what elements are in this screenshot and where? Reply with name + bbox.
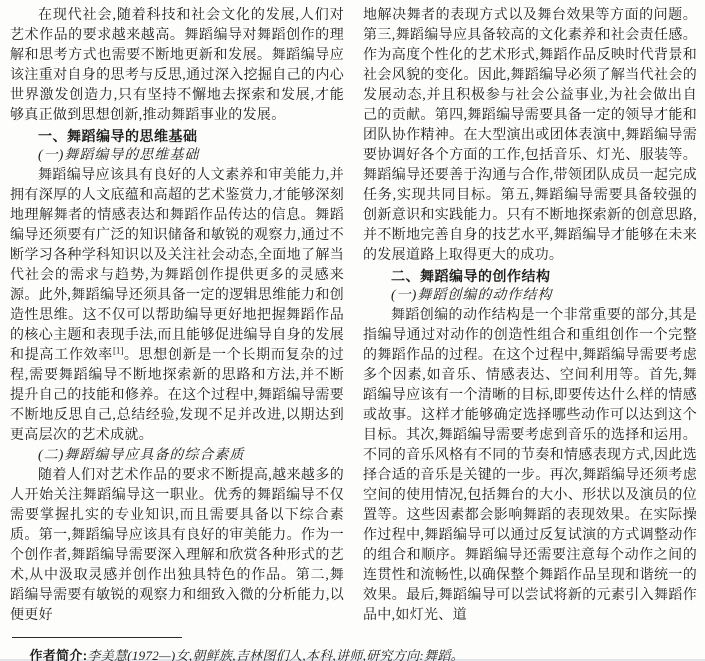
section-1-heading: 一、舞蹈编导的思维基础 xyxy=(10,126,344,146)
paper-page: 在现代社会,随着科技和社会文化的发展,人们对艺术作品的要求越来越高。舞蹈编导对舞… xyxy=(0,0,705,661)
section-2-1-paragraph: 舞蹈创编的动作结构是一个非常重要的部分,其是指编导通过对动作的创造性组合和重组创… xyxy=(363,306,697,626)
section-2-heading: 二、舞蹈编导的创作结构 xyxy=(363,266,697,286)
citation-ref-1: [1] xyxy=(113,345,124,355)
section-1-2-subheading: (二)舞蹈编导应具备的综合素质 xyxy=(10,446,344,466)
intro-paragraph: 在现代社会,随着科技和社会文化的发展,人们对艺术作品的要求越来越高。舞蹈编导对舞… xyxy=(10,6,344,126)
footnote-label: 作者简介: xyxy=(30,648,88,661)
section-2-1-subheading: (一)舞蹈创编的动作结构 xyxy=(363,286,697,306)
continuation-paragraph: 地解决舞者的表现方式以及舞台效果等方面的问题。第三,舞蹈编导应具备较高的文化素养… xyxy=(363,6,697,266)
two-column-layout: 在现代社会,随着科技和社会文化的发展,人们对艺术作品的要求越来越高。舞蹈编导对舞… xyxy=(10,6,697,626)
section-1-1-subheading: (一)舞蹈编导的思维基础 xyxy=(10,146,344,166)
paragraph-text-before-ref: 舞蹈编导应该具有良好的人文素养和审美能力,并拥有深厚的人文底蕴和高超的艺术鉴赏力… xyxy=(10,168,344,363)
section-1-2-paragraph: 随着人们对艺术作品的要求不断提高,越来越多的人开始关注舞蹈编导这一职业。优秀的舞… xyxy=(10,466,344,626)
right-column: 地解决舞者的表现方式以及舞台效果等方面的问题。第三,舞蹈编导应具备较高的文化素养… xyxy=(363,6,697,626)
author-bio-footnote: 作者简介:李美慧(1972—)女,朝鲜族,吉林图们人,本科,讲师,研究方向:舞蹈… xyxy=(10,647,697,661)
footnote-text: 李美慧(1972—)女,朝鲜族,吉林图们人,本科,讲师,研究方向:舞蹈。 xyxy=(87,648,464,661)
left-column: 在现代社会,随着科技和社会文化的发展,人们对艺术作品的要求越来越高。舞蹈编导对舞… xyxy=(10,6,344,626)
footnote-divider xyxy=(12,637,182,638)
section-1-1-paragraph: 舞蹈编导应该具有良好的人文素养和审美能力,并拥有深厚的人文底蕴和高超的艺术鉴赏力… xyxy=(10,166,344,446)
